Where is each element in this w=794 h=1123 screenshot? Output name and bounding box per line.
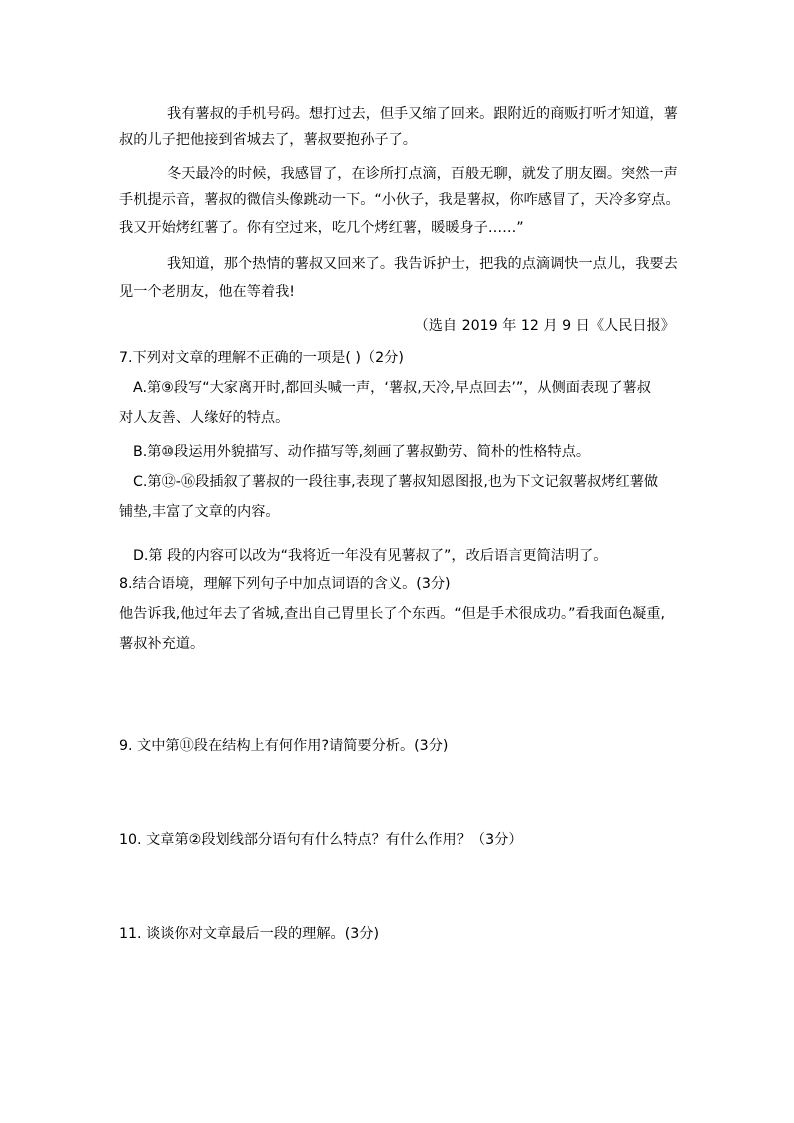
passage-p2-line1: 冬天最冷的时候，我感冒了，在诊所打点滴，百般无聊，就发了朋友圈。突然一声 bbox=[167, 164, 678, 184]
question-7-option-c-line1: C.第⑫-⑯段插叙了薯叔的一段往事,表现了薯叔知恩图报,也为下文记叙薯叔烤红薯做 bbox=[133, 472, 658, 492]
question-7-option-c-line2: 铺垫,丰富了文章的内容。 bbox=[119, 502, 280, 522]
passage-p3-line2: 见一个老朋友，他在等着我! bbox=[119, 282, 295, 302]
passage-p2-line2: 手机提示音，薯叔的微信头像跳动一下。“小伙子，我是薯叔，你咋感冒了，天冷多穿点。 bbox=[119, 190, 680, 210]
question-8-quote-line1: 他告诉我,他过年去了省城,查出自己胃里长了个东西。“但是手术很成功。”看我面色凝… bbox=[119, 604, 665, 624]
question-10: 10. 文章第②段划线部分语句有什么特点？有什么作用？（3分） bbox=[119, 830, 523, 850]
question-9: 9. 文中第⑪段在结构上有何作用?请简要分析。(3分) bbox=[119, 736, 448, 756]
passage-p3-line1: 我知道，那个热情的薯叔又回来了。我告诉护士，把我的点滴调快一点儿，我要去 bbox=[167, 254, 678, 274]
question-8-stem: 8.结合语境，理解下列句子中加点词语的含义。(3分) bbox=[119, 574, 451, 594]
question-8-quote-line2: 薯叔补充道。 bbox=[119, 634, 204, 654]
question-11: 11. 谈谈你对文章最后一段的理解。(3分) bbox=[119, 924, 379, 944]
source-citation: （选自 2019 年 12 月 9 日《人民日报》 bbox=[415, 316, 676, 336]
question-7-option-d: D.第 段的内容可以改为“我将近一年没有见薯叔了”，改后语言更简洁明了。 bbox=[133, 546, 607, 566]
passage-p2-line3: 我又开始烤红薯了。你有空过来，吃几个烤红薯，暖暖身子……” bbox=[119, 218, 524, 238]
question-7-option-b: B.第⑩段运用外貌描写、动作描写等,刻画了薯叔勤劳、简朴的性格特点。 bbox=[133, 442, 590, 462]
question-7-stem: 7.下列对文章的理解不正确的一项是( )（2分) bbox=[119, 348, 404, 368]
passage-p1-line2: 叔的儿子把他接到省城去了，薯叔要抱孙子了。 bbox=[119, 130, 417, 150]
question-7-option-a-line1: A.第⑨段写“大家离开时,都回头喊一声，‘薯叔,天冷,早点回去’”，从侧面表现了… bbox=[133, 378, 651, 398]
passage-p1-line1: 我有薯叔的手机号码。想打过去，但手又缩了回来。跟附近的商贩打听才知道，薯 bbox=[167, 104, 678, 124]
question-7-option-a-line2: 对人友善、人缘好的特点。 bbox=[119, 408, 289, 428]
